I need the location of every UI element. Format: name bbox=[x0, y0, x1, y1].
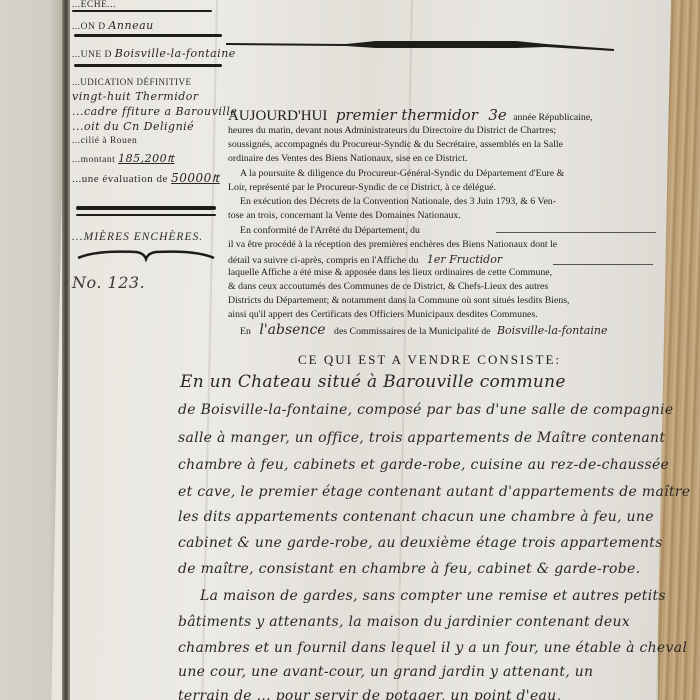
evaluation-line: ...une évaluation de 50000₶ bbox=[72, 172, 220, 185]
manuscript-line: et cave, le premier étage contenant auta… bbox=[178, 484, 690, 500]
printed-line: détail va suivre ci-après, compris en l'… bbox=[228, 253, 502, 266]
hand-absence: l'absence bbox=[259, 322, 325, 338]
sidebar-line-1: ...ECHE... bbox=[72, 1, 116, 11]
printed-line: il va être procédé à la réception des pr… bbox=[228, 239, 557, 250]
printed-line: tose an trois, concernant la Vente des D… bbox=[228, 210, 461, 221]
manuscript-line: terrain de ... pour servir de potager, u… bbox=[178, 688, 561, 700]
printed-line: & dans ceux accoutumés des Communes de c… bbox=[228, 281, 548, 292]
hand-affiche-date: 1er Fructidor bbox=[427, 253, 502, 266]
double-rule bbox=[76, 206, 216, 210]
manuscript-line: cabinet & une garde-robe, au deuxième ét… bbox=[178, 535, 663, 551]
manuscript-line: de maître, consistant en chambre à feu, … bbox=[178, 561, 640, 577]
divider bbox=[74, 64, 222, 67]
manuscript-line: La maison de gardes, sans compter une re… bbox=[200, 588, 666, 604]
manuscript-line: bâtiments y attenants, la maison du jard… bbox=[178, 614, 630, 630]
divider bbox=[74, 34, 222, 37]
printed-line: soussignés, accompagnés du Procureur-Syn… bbox=[228, 139, 563, 150]
printed-line: Loir, représenté par le Procureur-Syndic… bbox=[228, 182, 496, 193]
printed-line: ordinaire des Ventes des Biens Nationaux… bbox=[228, 153, 468, 164]
opening-line: AUJOURD'HUI premier thermidor 3e année R… bbox=[228, 106, 593, 125]
manuscript-line: En un Chateau situé à Barouville commune bbox=[180, 372, 566, 392]
hand-municipalite: Boisville-la-fontaine bbox=[497, 324, 608, 337]
file-number: No. 123. bbox=[72, 275, 145, 291]
manuscript-line: chambre à feu, cabinets et garde-robe, c… bbox=[178, 457, 669, 473]
manuscript-line: les dits appartements contenant chacun u… bbox=[178, 509, 654, 525]
printed-line: heures du matin, devant nous Administrat… bbox=[228, 125, 556, 136]
printed-line: En conformité de l'Arrêté du Département… bbox=[240, 225, 420, 236]
sidebar-line-2: ...ON D Anneau bbox=[72, 20, 154, 33]
manuscript-line: salle à manger, un office, trois apparte… bbox=[178, 430, 665, 446]
hand-year: 3e bbox=[488, 106, 506, 124]
hand-canton: Anneau bbox=[108, 19, 153, 32]
binding-gutter bbox=[62, 0, 70, 700]
manuscript-line: chambres et un fournil dans lequel il y … bbox=[178, 640, 687, 656]
printed-line: En exécution des Décrets de la Conventio… bbox=[240, 196, 556, 207]
sidebar-line-3: ...UNE D Boisville-la-fontaine bbox=[72, 48, 236, 61]
ornamental-rule bbox=[226, 38, 616, 52]
blank-line bbox=[496, 232, 656, 233]
hand-date: vingt-huit Thermidor bbox=[72, 91, 199, 102]
hand-date-main: premier thermidor bbox=[336, 106, 478, 124]
hand-commune: Boisville-la-fontaine bbox=[115, 47, 236, 60]
domicile-line: ...cilié à Rouen bbox=[72, 137, 137, 147]
printed-line: Districts du Département; & notamment da… bbox=[228, 295, 570, 306]
evaluation-value: 50000₶ bbox=[171, 171, 220, 185]
hand-property: ...cadre ffiture a Barouville bbox=[72, 106, 237, 117]
section-heading: CE QUI EST A VENDRE CONSISTE: bbox=[298, 352, 561, 368]
printed-line: ainsi qu'il appert des Certificats des O… bbox=[228, 309, 538, 320]
printed-line: En l'absence des Commissaires de la Muni… bbox=[240, 322, 607, 338]
manuscript-line: de Boisville-la-fontaine, composé par ba… bbox=[178, 402, 673, 418]
blank-line bbox=[553, 264, 653, 265]
printed-line: laquelle Affiche a été mise & apposée da… bbox=[228, 267, 552, 278]
montant-line: ...montant 185,200₶ bbox=[72, 153, 174, 166]
double-rule bbox=[76, 214, 216, 216]
aujourd-hui: AUJOURD'HUI bbox=[228, 108, 327, 124]
encheres-label: ...MIÈRES ENCHÈRES. bbox=[72, 232, 203, 244]
manuscript-line: une cour, une avant-cour, un grand jardi… bbox=[178, 664, 593, 680]
printed-line: A la poursuite & diligence du Procureur-… bbox=[240, 168, 564, 179]
adjudication-label: ...UDICATION DÉFINITIVE bbox=[72, 78, 191, 87]
montant-value: 185,200₶ bbox=[118, 152, 174, 165]
acquereur-line: ...oit du Cn Delignié bbox=[72, 121, 194, 134]
brace-ornament bbox=[76, 248, 216, 262]
